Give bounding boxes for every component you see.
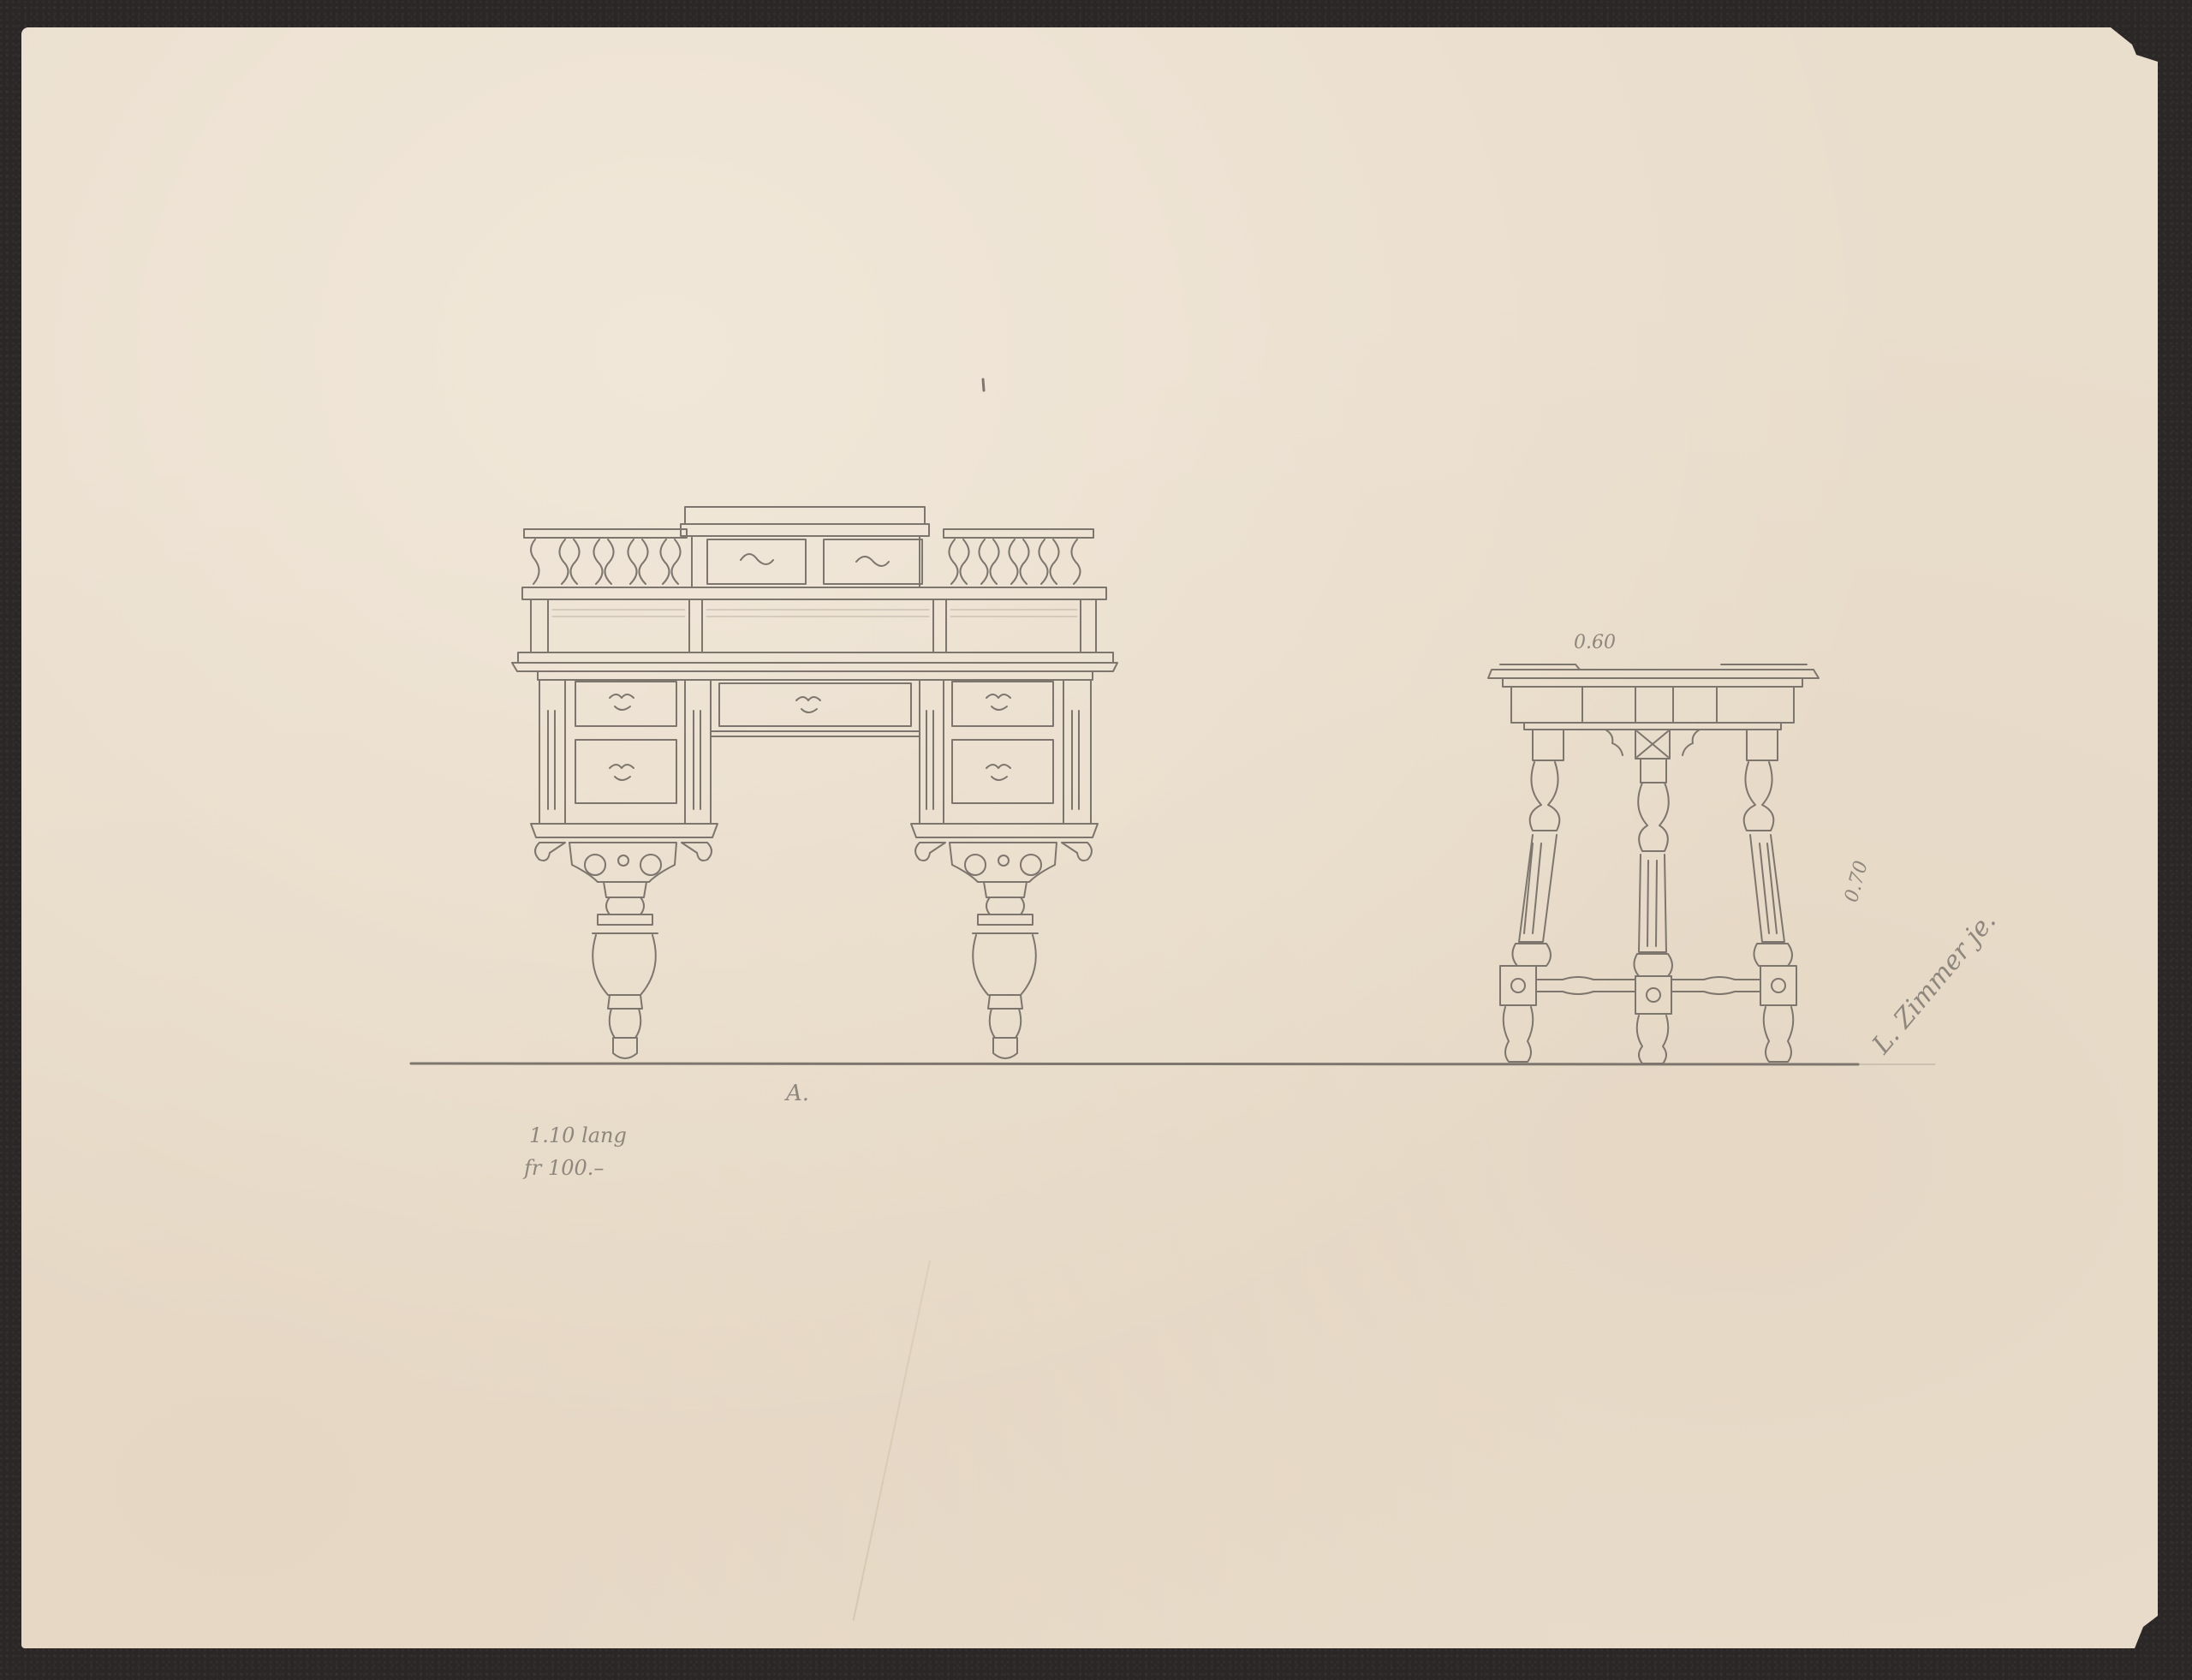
stool-width-note: 0.60 <box>1574 632 1616 653</box>
desk-dimension-note: 1.10 lang <box>529 1123 627 1147</box>
desk-leg-left <box>593 882 658 1058</box>
pencil-tick <box>983 379 984 390</box>
desk-leg-right <box>973 882 1038 1058</box>
desk-price-note: fr 100.– <box>524 1156 604 1180</box>
desk-drawing <box>512 507 1117 1058</box>
pencil-drawing <box>0 0 2192 1680</box>
right-balusters <box>949 539 1080 584</box>
stool-leg-left <box>1500 730 1564 1062</box>
desk-label: A. <box>786 1081 809 1106</box>
stool-drawing <box>1488 664 1819 1063</box>
cross-hatching <box>552 610 1077 617</box>
ground-line <box>411 1063 1858 1064</box>
stool-leg-right <box>1744 730 1796 1062</box>
left-balusters <box>531 539 681 584</box>
stool-leg-center <box>1634 759 1672 1063</box>
